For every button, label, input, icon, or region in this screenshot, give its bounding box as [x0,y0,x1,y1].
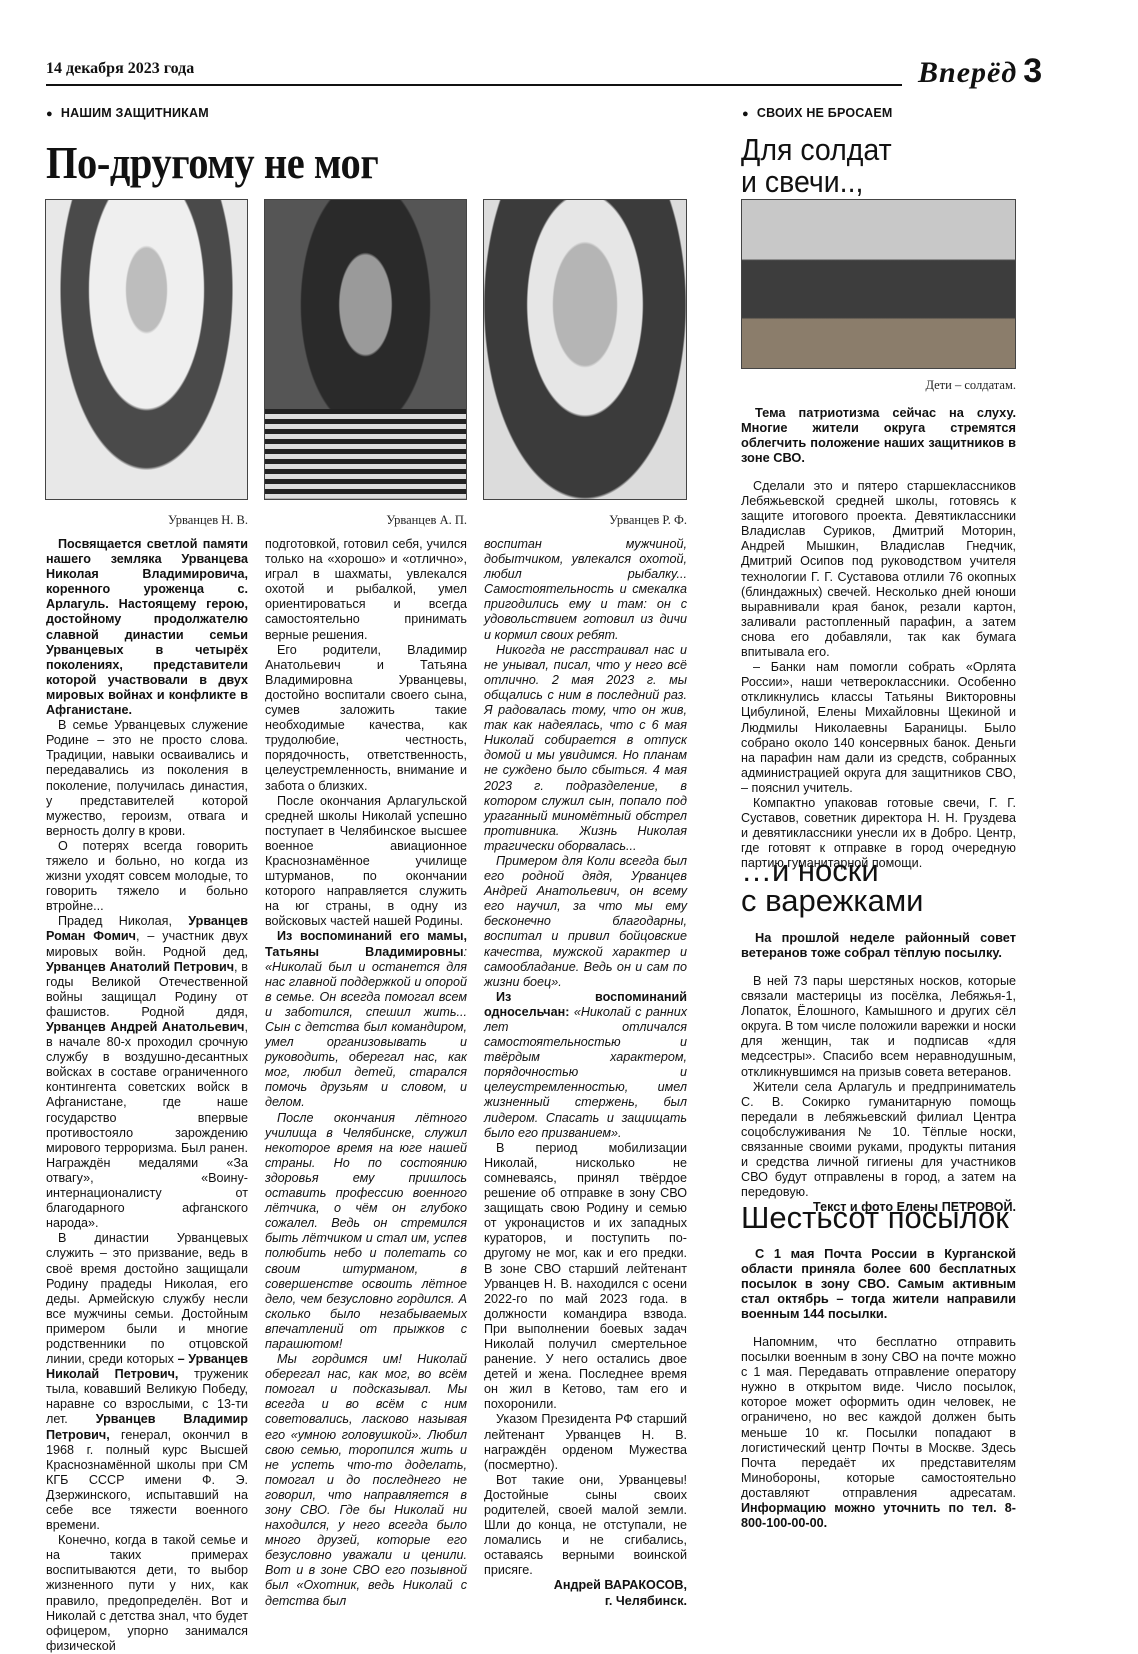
author-city: г. Челябинск. [484,1594,687,1609]
paragraph: – Банки нам помогли собрать «Орлята Росс… [741,660,1016,796]
rubric-left: НАШИМ ЗАЩИТНИКАМ [46,106,209,120]
article2-lead: На прошлой неделе районный совет ветеран… [741,930,1016,960]
issue-date: 14 декабря 2023 года [46,60,194,78]
header-rule [46,84,902,86]
paragraph: подготовкой, готовил себя, учился только… [265,537,467,643]
paragraph: Указом Президента РФ старший лейтенант У… [484,1412,687,1472]
paragraph: Сделали это и пятеро старшеклассников Ле… [741,479,1016,660]
article-column-1: Посвящается светлой памяти нашего земляк… [46,537,248,1654]
rubric-right: СВОИХ НЕ БРОСАЕМ [742,106,893,120]
article1-lead: Тема патриотизма сейчас на слуху. Многие… [741,405,1016,465]
paragraph: После окончания Арлагульской средней шко… [265,794,467,930]
paragraph: Из воспоминаний односельчан: «Николай с … [484,990,687,1141]
paragraph: воспитан мужчиной, добытчиком, увлекался… [484,537,687,643]
photo-urvantsev-ap [264,199,467,500]
author-signature: Андрей ВАРАКОСОВ, [484,1578,687,1593]
paragraph: Прадед Николая, Урванцев Роман Фомич, – … [46,914,248,1231]
article3-body: С 1 мая Почта России в Курганской област… [741,1246,1016,1531]
paragraph: Примером для Коли всегда был его родной … [484,854,687,990]
paragraph: После окончания лётного училища в Челяби… [265,1111,467,1353]
paragraph: Его родители, Владимир Анатольевич и Тат… [265,643,467,794]
article-title: По-другому не мог [46,136,378,189]
article2-title: …и носки с варежками [741,856,1021,916]
article1-body: Тема патриотизма сейчас на слуху. Многие… [741,405,1016,871]
article-column-2: подготовкой, готовил себя, учился только… [265,537,467,1609]
masthead-title: Вперёд [918,56,1017,89]
photo-urvantsev-nv [45,199,248,500]
article3-lead: С 1 мая Почта России в Курганской област… [741,1246,1016,1321]
photo-caption: Урванцев Р. Ф. [483,513,687,528]
article-column-3: воспитан мужчиной, добытчиком, увлекался… [484,537,687,1609]
paragraph: Жители села Арлагуль и предприниматель С… [741,1080,1016,1201]
photo-caption: Урванцев А. П. [264,513,467,528]
article-lead: Посвящается светлой памяти нашего земляк… [46,537,248,718]
paragraph: Конечно, когда в такой семье и на таких … [46,1533,248,1654]
page-number: 3 [1023,52,1043,90]
paragraph: Из воспоминаний его мамы, Татьяны Владим… [265,929,467,1110]
paragraph: Мы гордимся им! Николай оберегал нас, ка… [265,1352,467,1609]
paragraph: Никогда не расстраивал нас и не унывал, … [484,643,687,854]
photo-children-soldiers [741,199,1016,369]
paragraph: В семье Урванцевых служение Родине – это… [46,718,248,839]
masthead: Вперёд3 [918,52,1043,91]
paragraph: О потерях всегда говорить тяжело и больн… [46,839,248,914]
article2-body: На прошлой неделе районный совет ветеран… [741,930,1016,1216]
paragraph: В ней 73 пары шерстяных носков, которые … [741,974,1016,1080]
photo-caption: Урванцев Н. В. [45,513,248,528]
paragraph: В период мобилизации Николай, нисколько … [484,1141,687,1413]
paragraph: Вот такие они, Урванцевы! Достойные сыны… [484,1473,687,1579]
paragraph: Напомним, что бесплатно отправить посылк… [741,1335,1016,1531]
paragraph: В династии Урванцевых служить – это приз… [46,1231,248,1533]
photo-caption: Дети – солдатам. [741,378,1016,393]
article1-title: Для солдат и свечи.., [741,134,1017,198]
photo-urvantsev-rf [483,199,687,500]
article3-title: Шестьсот посылок [741,1203,1031,1233]
